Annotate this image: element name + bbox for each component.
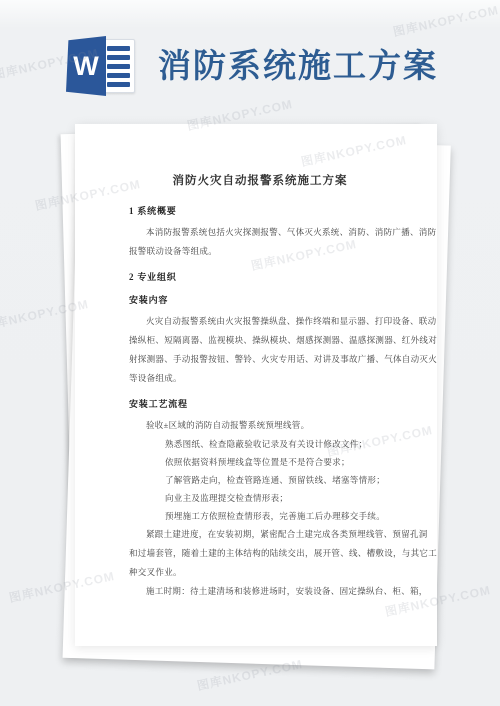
section-heading: 1 系统概要 xyxy=(129,204,421,218)
doc-line: 依照依据资料预埋线盒等位置是不是符合要求； xyxy=(129,453,421,471)
header: W 消防系统施工方案 xyxy=(0,0,500,110)
word-icon: W xyxy=(66,36,138,96)
section-heading: 安装工艺流程 xyxy=(129,397,421,411)
doc-line: 本消防报警系统包括火灾探测报警、气体灭火系统、消防、消防广播、消防 xyxy=(129,223,421,242)
page-title: 消防系统施工方案 xyxy=(158,40,488,87)
doc-line: 向业主及监理提交检查情形表； xyxy=(129,489,421,507)
doc-line: 紧跟土建进度，在安装初期，紧密配合土建完成各类预埋线管、预留孔洞 xyxy=(129,525,421,544)
doc-line: 施工时期：待土建清场和装修进场时，安装设备、固定操纵台、柜、箱， xyxy=(129,582,421,601)
section-heading: 2 专业组织 xyxy=(129,270,421,284)
doc-line: 火灾自动报警系统由火灾报警操纵盘、操作终端和显示器、打印设备、联动 xyxy=(129,312,421,331)
document-page: 消防火灾自动报警系统施工方案1 系统概要本消防报警系统包括火灾探测报警、气体灭火… xyxy=(75,124,437,646)
doc-line: 了解管路走向，检查管路连通、预留铁线、堵塞等情形； xyxy=(129,471,421,489)
doc-line: 种交叉作业。 xyxy=(129,563,421,582)
document-body: 消防火灾自动报警系统施工方案1 系统概要本消防报警系统包括火灾探测报警、气体灭火… xyxy=(75,124,437,646)
document-preview: W 消防系统施工方案 图库NKOPY.COM图库NKOPY.COM图库NKOPY… xyxy=(0,0,500,706)
doc-line: 操纵柜、短隔离器、监视模块、操纵模块、烟感探测器、温感探测器、红外线对 xyxy=(129,331,421,350)
word-icon-page xyxy=(102,39,135,93)
word-icon-w-glyph: W xyxy=(66,36,106,96)
doc-line: 熟悉图纸、检查隐蔽验收记录及有关设计修改文件； xyxy=(129,435,421,453)
doc-line: 和过墙套管，随着土建的主体结构的陆续交出，展开管、线、槽敷设，与其它工 xyxy=(129,544,421,563)
doc-line: 预埋施工方依照检查情形表，完善施工后办理移交手续。 xyxy=(129,507,421,525)
doc-line: 等设备组成。 xyxy=(129,369,421,388)
section-heading: 安装内容 xyxy=(129,293,421,307)
doc-line: 报警联动设备等组成。 xyxy=(129,242,421,261)
doc-line: 验收±区域的消防自动报警系统预埋线管。 xyxy=(129,416,421,435)
doc-line: 射探测器、手动报警按钮、警铃、火灾专用话、对讲及事故广播、气体自动灭火 xyxy=(129,350,421,369)
document-title: 消防火灾自动报警系统施工方案 xyxy=(99,174,421,188)
